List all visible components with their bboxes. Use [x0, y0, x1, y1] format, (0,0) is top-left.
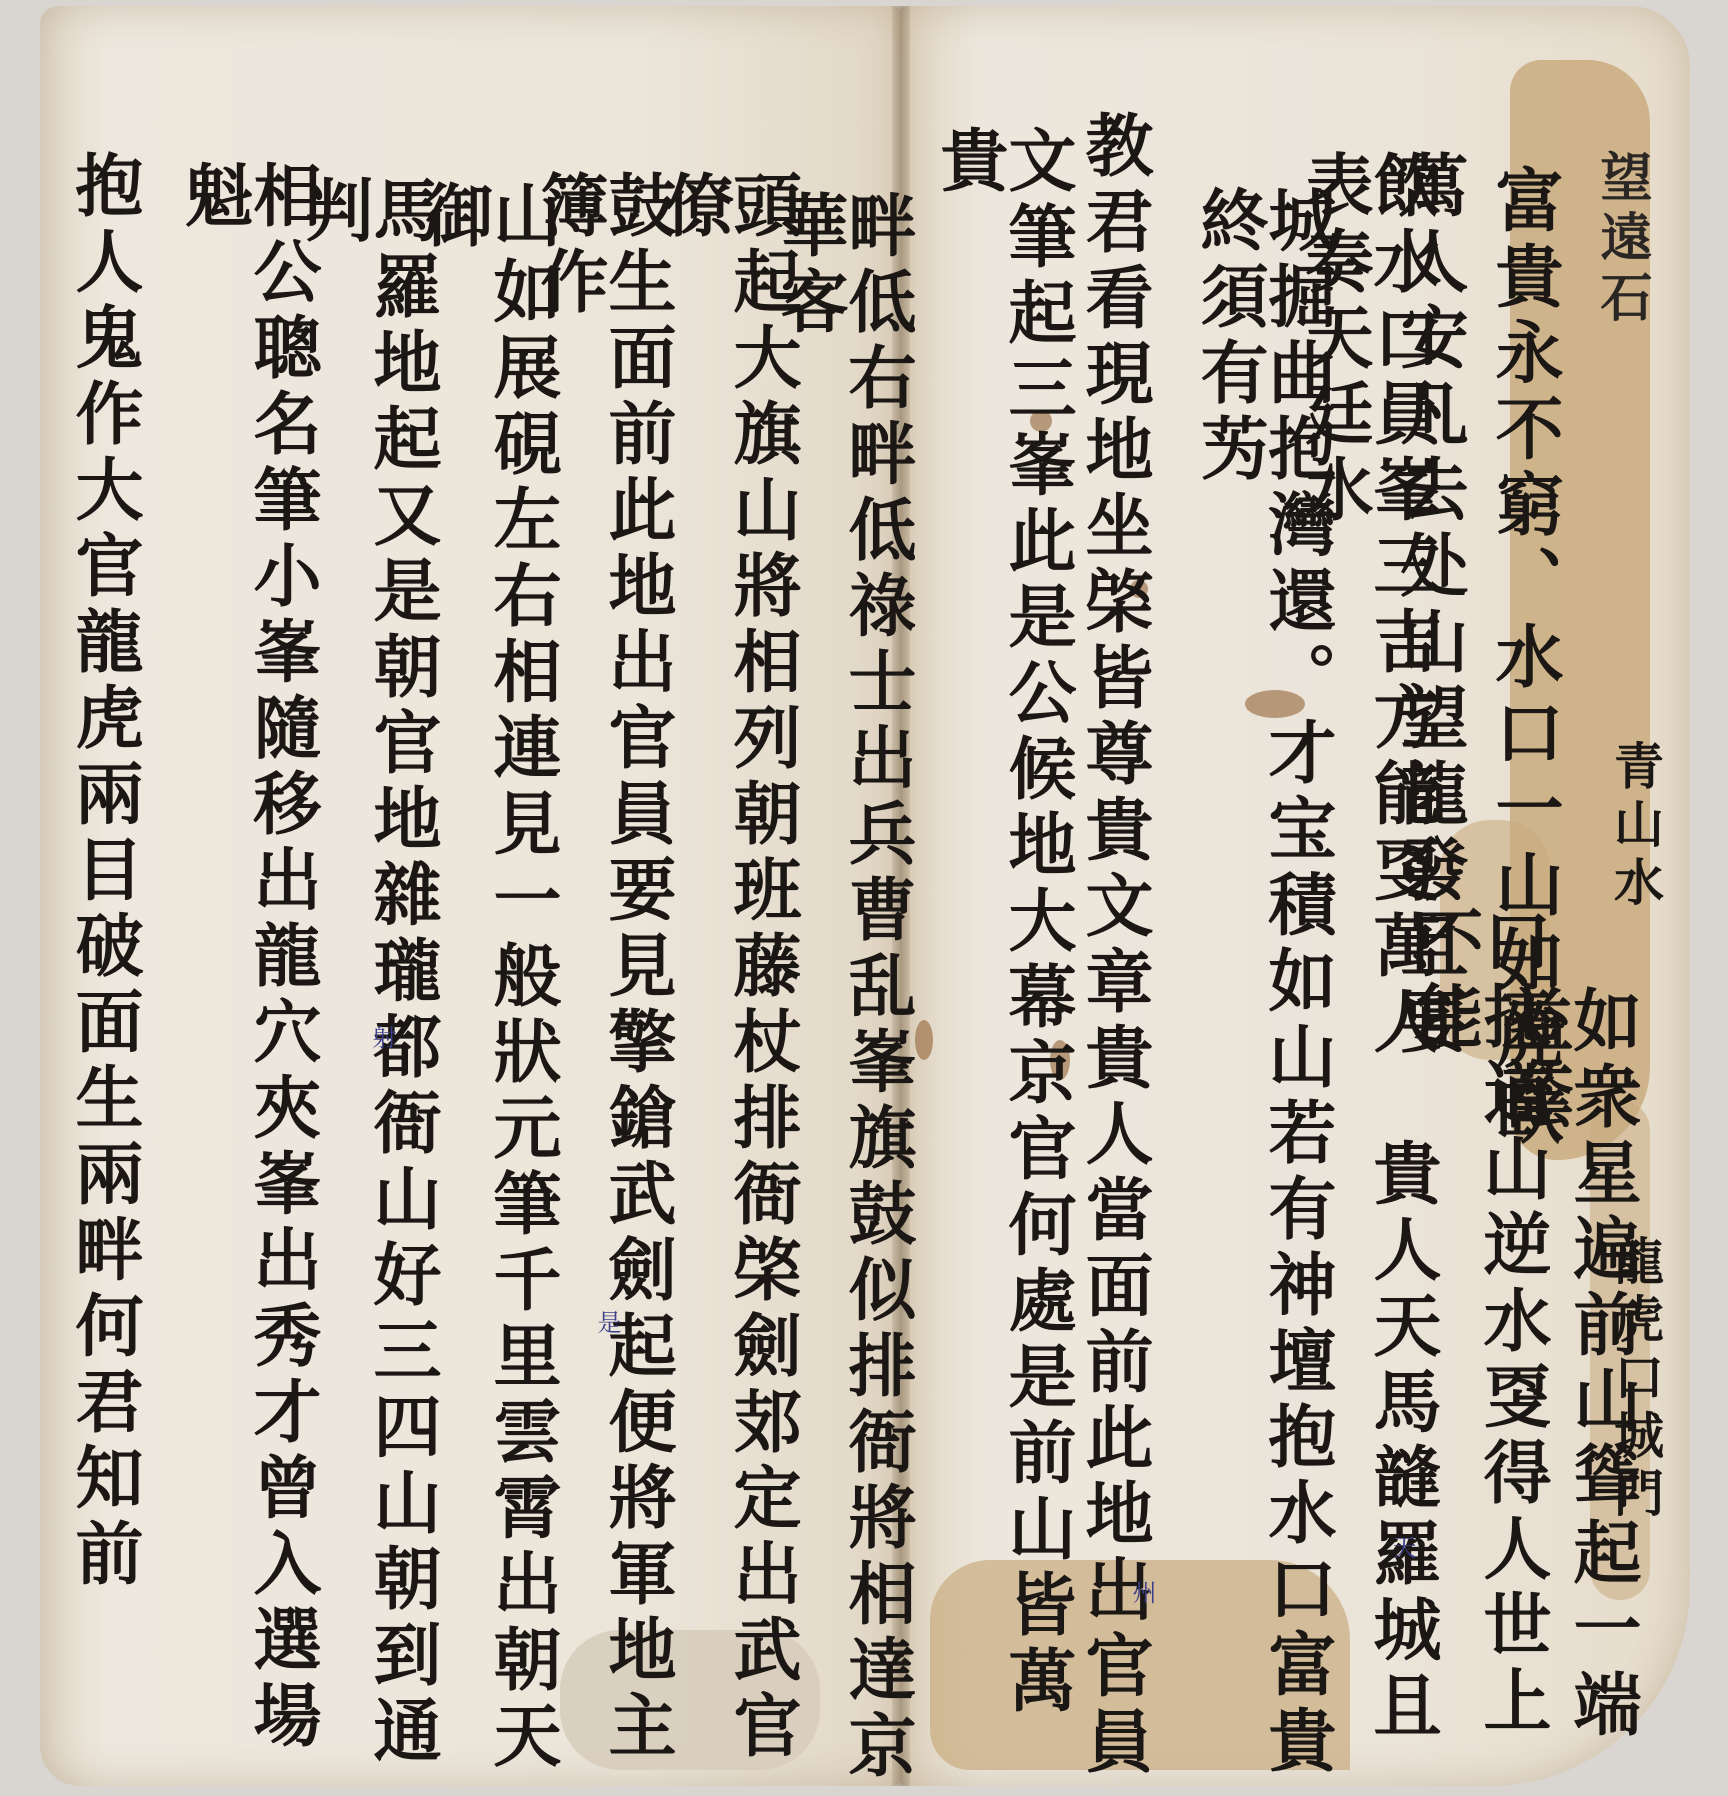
text-column: 抱人鬼作大官龍虎兩目破面生兩畔何君知前: [70, 150, 138, 1594]
text-column: 教君看現地坐棨皆尊貴文章貴人當面前此地出官員: [1080, 110, 1148, 1782]
text-column: 龍虎口城門: [1610, 1235, 1660, 1525]
text-column: 文筆起三峯此是公候地大幕京官何處是前山皆萬貴: [935, 125, 1071, 1796]
margin-note: 天: [1385, 1535, 1420, 1559]
text-column: 城掘曲抱灣還。才宝積如山若有神壇抱水口富貴終須有𫇭: [1195, 185, 1331, 1796]
margin-note: 州: [1125, 1580, 1160, 1604]
text-column: 青山水: [1610, 740, 1660, 914]
text-column-title: 望遠石: [1595, 150, 1647, 330]
text-column: 頭起大旗山將相列朝班藤杖排衙棨劍𨙸定出武官僚: [660, 170, 796, 1796]
ink-stain: [915, 1020, 933, 1060]
text-column: 相公聰名筆小峯隨移出龍穴夾峯出秀才曾入選場魁: [180, 160, 316, 1796]
margin-note: 是: [590, 1310, 625, 1334]
margin-note: 射: [365, 1025, 400, 1049]
